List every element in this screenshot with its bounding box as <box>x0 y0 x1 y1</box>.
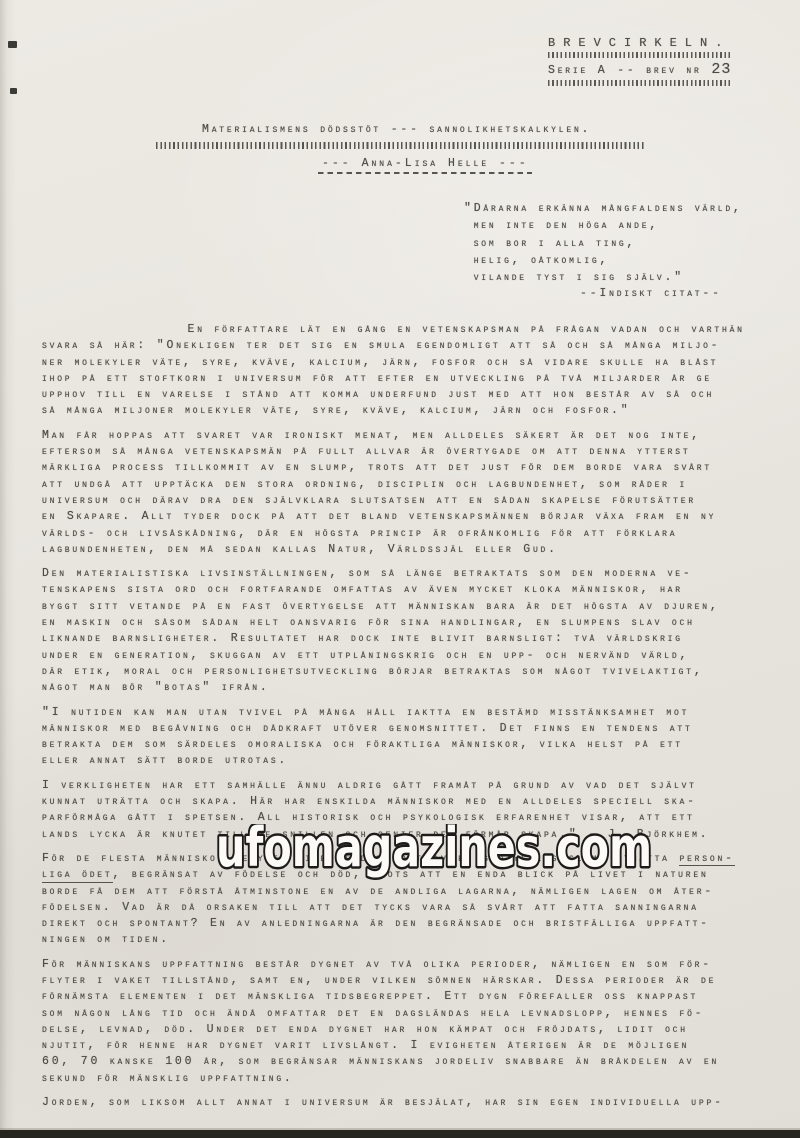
text-line: "Dårarna erkänna mångfaldens värld, <box>464 200 743 217</box>
quote-attribution: --Indiskt citat-- <box>580 287 722 300</box>
text-line: eller annat sätt borde utrotas. <box>42 753 787 769</box>
text-line: som bor i alla ting, <box>464 235 743 252</box>
epigraph-quote: "Dårarna erkänna mångfaldens värld, men … <box>464 200 743 286</box>
text-line: Jorden, som liksom allt annat i universu… <box>42 1095 787 1111</box>
text-line: För människans uppfattning består dygnet… <box>42 957 787 973</box>
text-line: delse, levnad, död. Under det enda dygne… <box>42 1022 787 1038</box>
text-line: I verkligheten har ett samhälle ännu ald… <box>42 778 787 794</box>
text-line: ningen om tiden. <box>42 932 787 948</box>
text-line: helig, oåtkomlig, <box>464 252 743 269</box>
text-line: upphov till en varelse i stånd att komma… <box>42 387 787 403</box>
text-line: ihop på ett stoftkorn i universum för at… <box>42 371 787 387</box>
body-text: En författare lät en gång en vetenskapsm… <box>42 322 787 1119</box>
text-line: lagbundenheten, den må sedan kallas Natu… <box>42 542 787 558</box>
text-line: människor med begåvning och dådkraft utö… <box>42 721 787 737</box>
text-line: Man får hoppas att svaret var ironiskt m… <box>42 428 787 444</box>
text-line: att undgå att upptäcka den stora ordning… <box>42 477 787 493</box>
scan-speck <box>8 41 17 48</box>
text-segment: , begränsat av födelse och död, trots at… <box>113 868 709 881</box>
author-byline: --- Anna-Lisa Helle --- <box>322 157 529 170</box>
text-line: betrakta dem som särdeles omoraliska och… <box>42 737 787 753</box>
series-label: Serie A -- brev nr <box>548 64 711 77</box>
underlined-text: liga ödet <box>42 868 113 883</box>
text-line: lands lycka är knutet till de snillen oc… <box>42 827 787 843</box>
series-number: 23 <box>711 61 731 78</box>
paragraph: För människans uppfattning består dygnet… <box>42 957 787 1087</box>
text-line: världs- och livsåskådning, där en högsta… <box>42 526 787 542</box>
text-line: något man bör "botas" ifrån. <box>42 680 787 696</box>
text-line: Den materialistiska livsinställningen, s… <box>42 566 787 582</box>
text-line: njutit, för henne har dygnet varit livsl… <box>42 1038 787 1054</box>
letterhead: BREVCIRKELN. Serie A -- brev nr 23 <box>548 36 732 86</box>
title-underline-ticks <box>156 142 645 149</box>
text-line: tenskapens sista ord och fortfarande omf… <box>42 582 787 598</box>
series-number-line: Serie A -- brev nr 23 <box>548 61 732 78</box>
text-line: sekund för mänsklig uppfattning. <box>42 1071 787 1087</box>
paragraph: Den materialistiska livsinställningen, s… <box>42 566 787 696</box>
text-line: en maskin och såsom sådan helt oansvarig… <box>42 615 787 631</box>
text-line: universum och därav dra den självklara s… <box>42 493 787 509</box>
text-line: direkt och spontant? En av anledningarna… <box>42 916 787 932</box>
text-line: "I nutiden kan man utan tvivel på många … <box>42 705 787 721</box>
text-segment: För de flesta människor betyder livet en… <box>42 852 679 865</box>
text-line: liknande barnsligheter. Resultatet har d… <box>42 631 787 647</box>
paragraph: Jorden, som liksom allt annat i universu… <box>42 1095 787 1111</box>
paragraph: För de flesta människor betyder livet en… <box>42 851 787 949</box>
scan-speck <box>10 88 17 94</box>
underlined-text: person- <box>679 852 734 867</box>
brand-underline-ticks <box>548 52 732 58</box>
text-line: där etik, moral och personlighetsutveckl… <box>42 664 787 680</box>
series-underline-ticks <box>548 80 732 86</box>
text-line: en Skapare. Allt tyder dock på att det b… <box>42 509 787 525</box>
text-line: parförmåga gått i spetsen. All historisk… <box>42 810 787 826</box>
scanned-letter-page: BREVCIRKELN. Serie A -- brev nr 23 Mater… <box>0 0 800 1138</box>
text-line: eftersom så många vetenskapsmän på fullt… <box>42 444 787 460</box>
text-line: vilande tyst i sig själv." <box>464 269 743 286</box>
paragraph: "I nutiden kan man utan tvivel på många … <box>42 705 787 770</box>
text-line: svara så här: "Onekligen ter det sig en … <box>42 338 787 354</box>
text-line: ner molekyler väte, syre, kväve, kalcium… <box>42 355 787 371</box>
paragraph: Man får hoppas att svaret var ironiskt m… <box>42 428 787 558</box>
text-line: men inte den höga ande, <box>464 217 743 234</box>
paragraph: En författare lät en gång en vetenskapsm… <box>42 322 787 420</box>
text-line: under en generation, skuggan av ett utpl… <box>42 648 787 664</box>
text-line: kunnat uträtta och skapa. Här har enskil… <box>42 794 787 810</box>
text-line: byggt sitt vetande på en fast övertygels… <box>42 599 787 615</box>
text-line: borde få dem att förstå åtminstone en av… <box>42 884 787 900</box>
article-title: Materialismens dödsstöt --- sannolikhets… <box>202 123 591 136</box>
series-brand: BREVCIRKELN. <box>548 36 732 50</box>
text-line: liga ödet, begränsat av födelse och död,… <box>42 867 787 883</box>
text-line: så många miljoner molekyler väte, syre, … <box>42 403 787 419</box>
text-line: flyter i vaket tillstånd, samt en, under… <box>42 973 787 989</box>
text-line: För de flesta människor betyder livet en… <box>42 851 787 867</box>
text-line: förnämsta elementen i det mänskliga tids… <box>42 989 787 1005</box>
text-line: märkliga process tillkommit av en slump,… <box>42 460 787 476</box>
text-line: 60, 70 kanske 100 år, som begränsar männ… <box>42 1054 787 1070</box>
scan-bottom-edge <box>0 1130 800 1138</box>
text-line: En författare lät en gång en vetenskapsm… <box>42 322 787 338</box>
text-line: som någon lång tid och ändå omfattar det… <box>42 1006 787 1022</box>
author-underline-dashes <box>318 172 532 174</box>
paragraph: I verkligheten har ett samhälle ännu ald… <box>42 778 787 843</box>
text-line: födelsen. Vad är då orsaken till att det… <box>42 900 787 916</box>
